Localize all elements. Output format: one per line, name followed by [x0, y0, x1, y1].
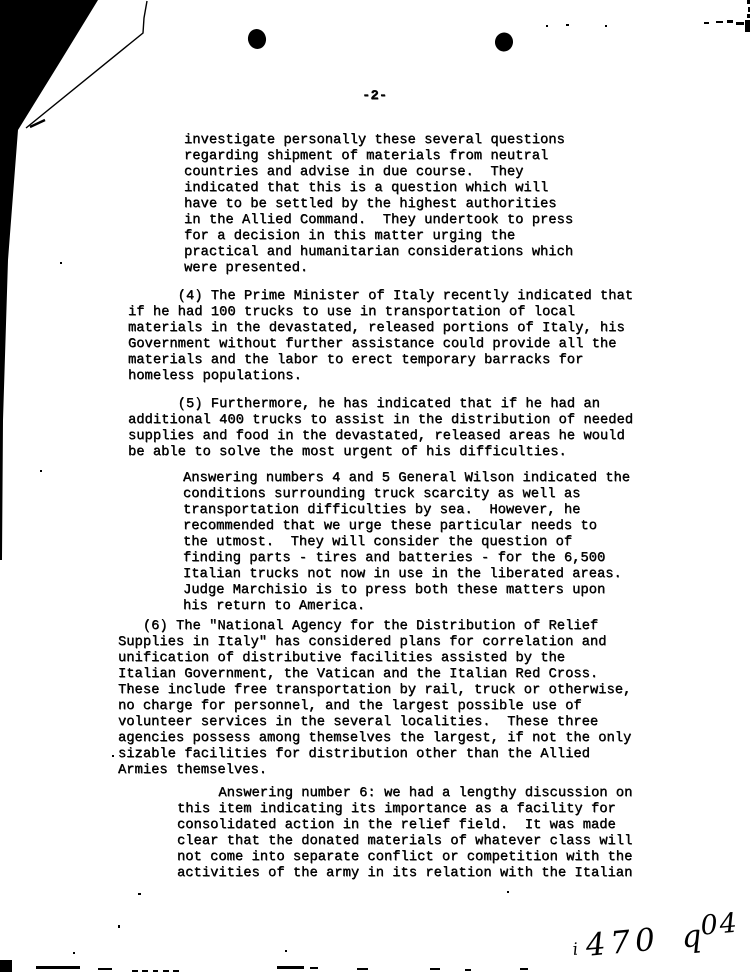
handwriting-number: 470 [584, 922, 661, 964]
fold-crease-line [26, 1, 147, 128]
continuation-paragraph: investigate personally these several que… [184, 133, 573, 277]
ink-dot-left [246, 27, 268, 50]
ink-dot-right [494, 31, 514, 52]
page-number: -2- [362, 88, 387, 104]
answer-6-paragraph: Answering number 6: we had a lengthy dis… [177, 786, 632, 882]
handwritten-archive-number: i470q04 [570, 908, 741, 965]
handwriting-suffix: 04 [699, 908, 740, 942]
bottom-edge-noise [0, 960, 528, 972]
item-5-paragraph: (5) Furthermore, he has indicated that i… [128, 397, 633, 461]
handwriting-mark: i [572, 940, 579, 960]
answer-4-5-paragraph: Answering numbers 4 and 5 General Wilson… [183, 471, 630, 615]
item-6-paragraph: (6) The "National Agency for the Distrib… [118, 619, 631, 779]
item-4-paragraph: (4) The Prime Minister of Italy recently… [128, 289, 633, 385]
right-edge-noise [704, 0, 750, 32]
fold-crease-tick [30, 120, 45, 127]
scanned-document-page: -2- investigate personally these several… [0, 0, 750, 972]
corner-fold-shadow [0, 0, 98, 560]
